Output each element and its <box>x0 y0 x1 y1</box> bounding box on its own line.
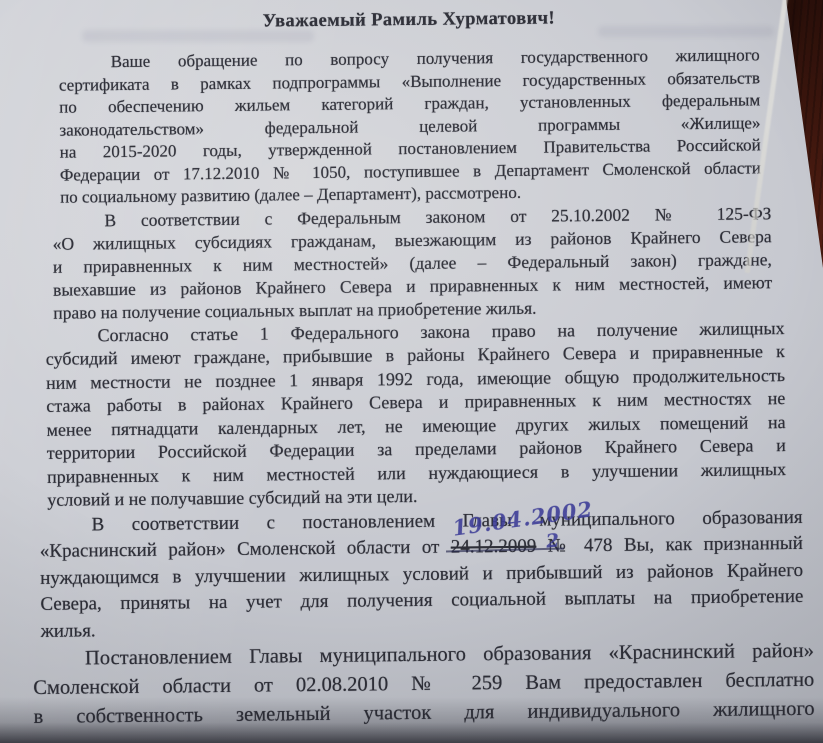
text-segment: № 478 Вы, как признанный <box>536 533 803 557</box>
paragraph-3: Согласно статье 1 Федерального закона пр… <box>45 317 786 513</box>
paragraph-2: В соответствии с Федеральным законом от … <box>52 202 772 325</box>
document-body: Ваше обращение по вопросу получения госу… <box>0 44 823 733</box>
paragraph-1: Ваше обращение по вопросу получения госу… <box>59 44 762 209</box>
handwritten-digit-overwrite: 2 <box>545 529 560 552</box>
letter-text: Уважаемый Рамиль Хурматович! Ваше обраще… <box>0 0 823 743</box>
paragraph-5: Постановлением Главы муниципального обра… <box>33 637 815 732</box>
salutation-line: Уважаемый Рамиль Хурматович! <box>58 4 759 35</box>
paragraph-4: В соответствии с постановлением Главы му… <box>39 504 803 644</box>
text-segment: «Краснинский район» Смоленской области о… <box>40 537 451 562</box>
letter-page: Уважаемый Рамиль Хурматович! Ваше обраще… <box>0 0 823 743</box>
